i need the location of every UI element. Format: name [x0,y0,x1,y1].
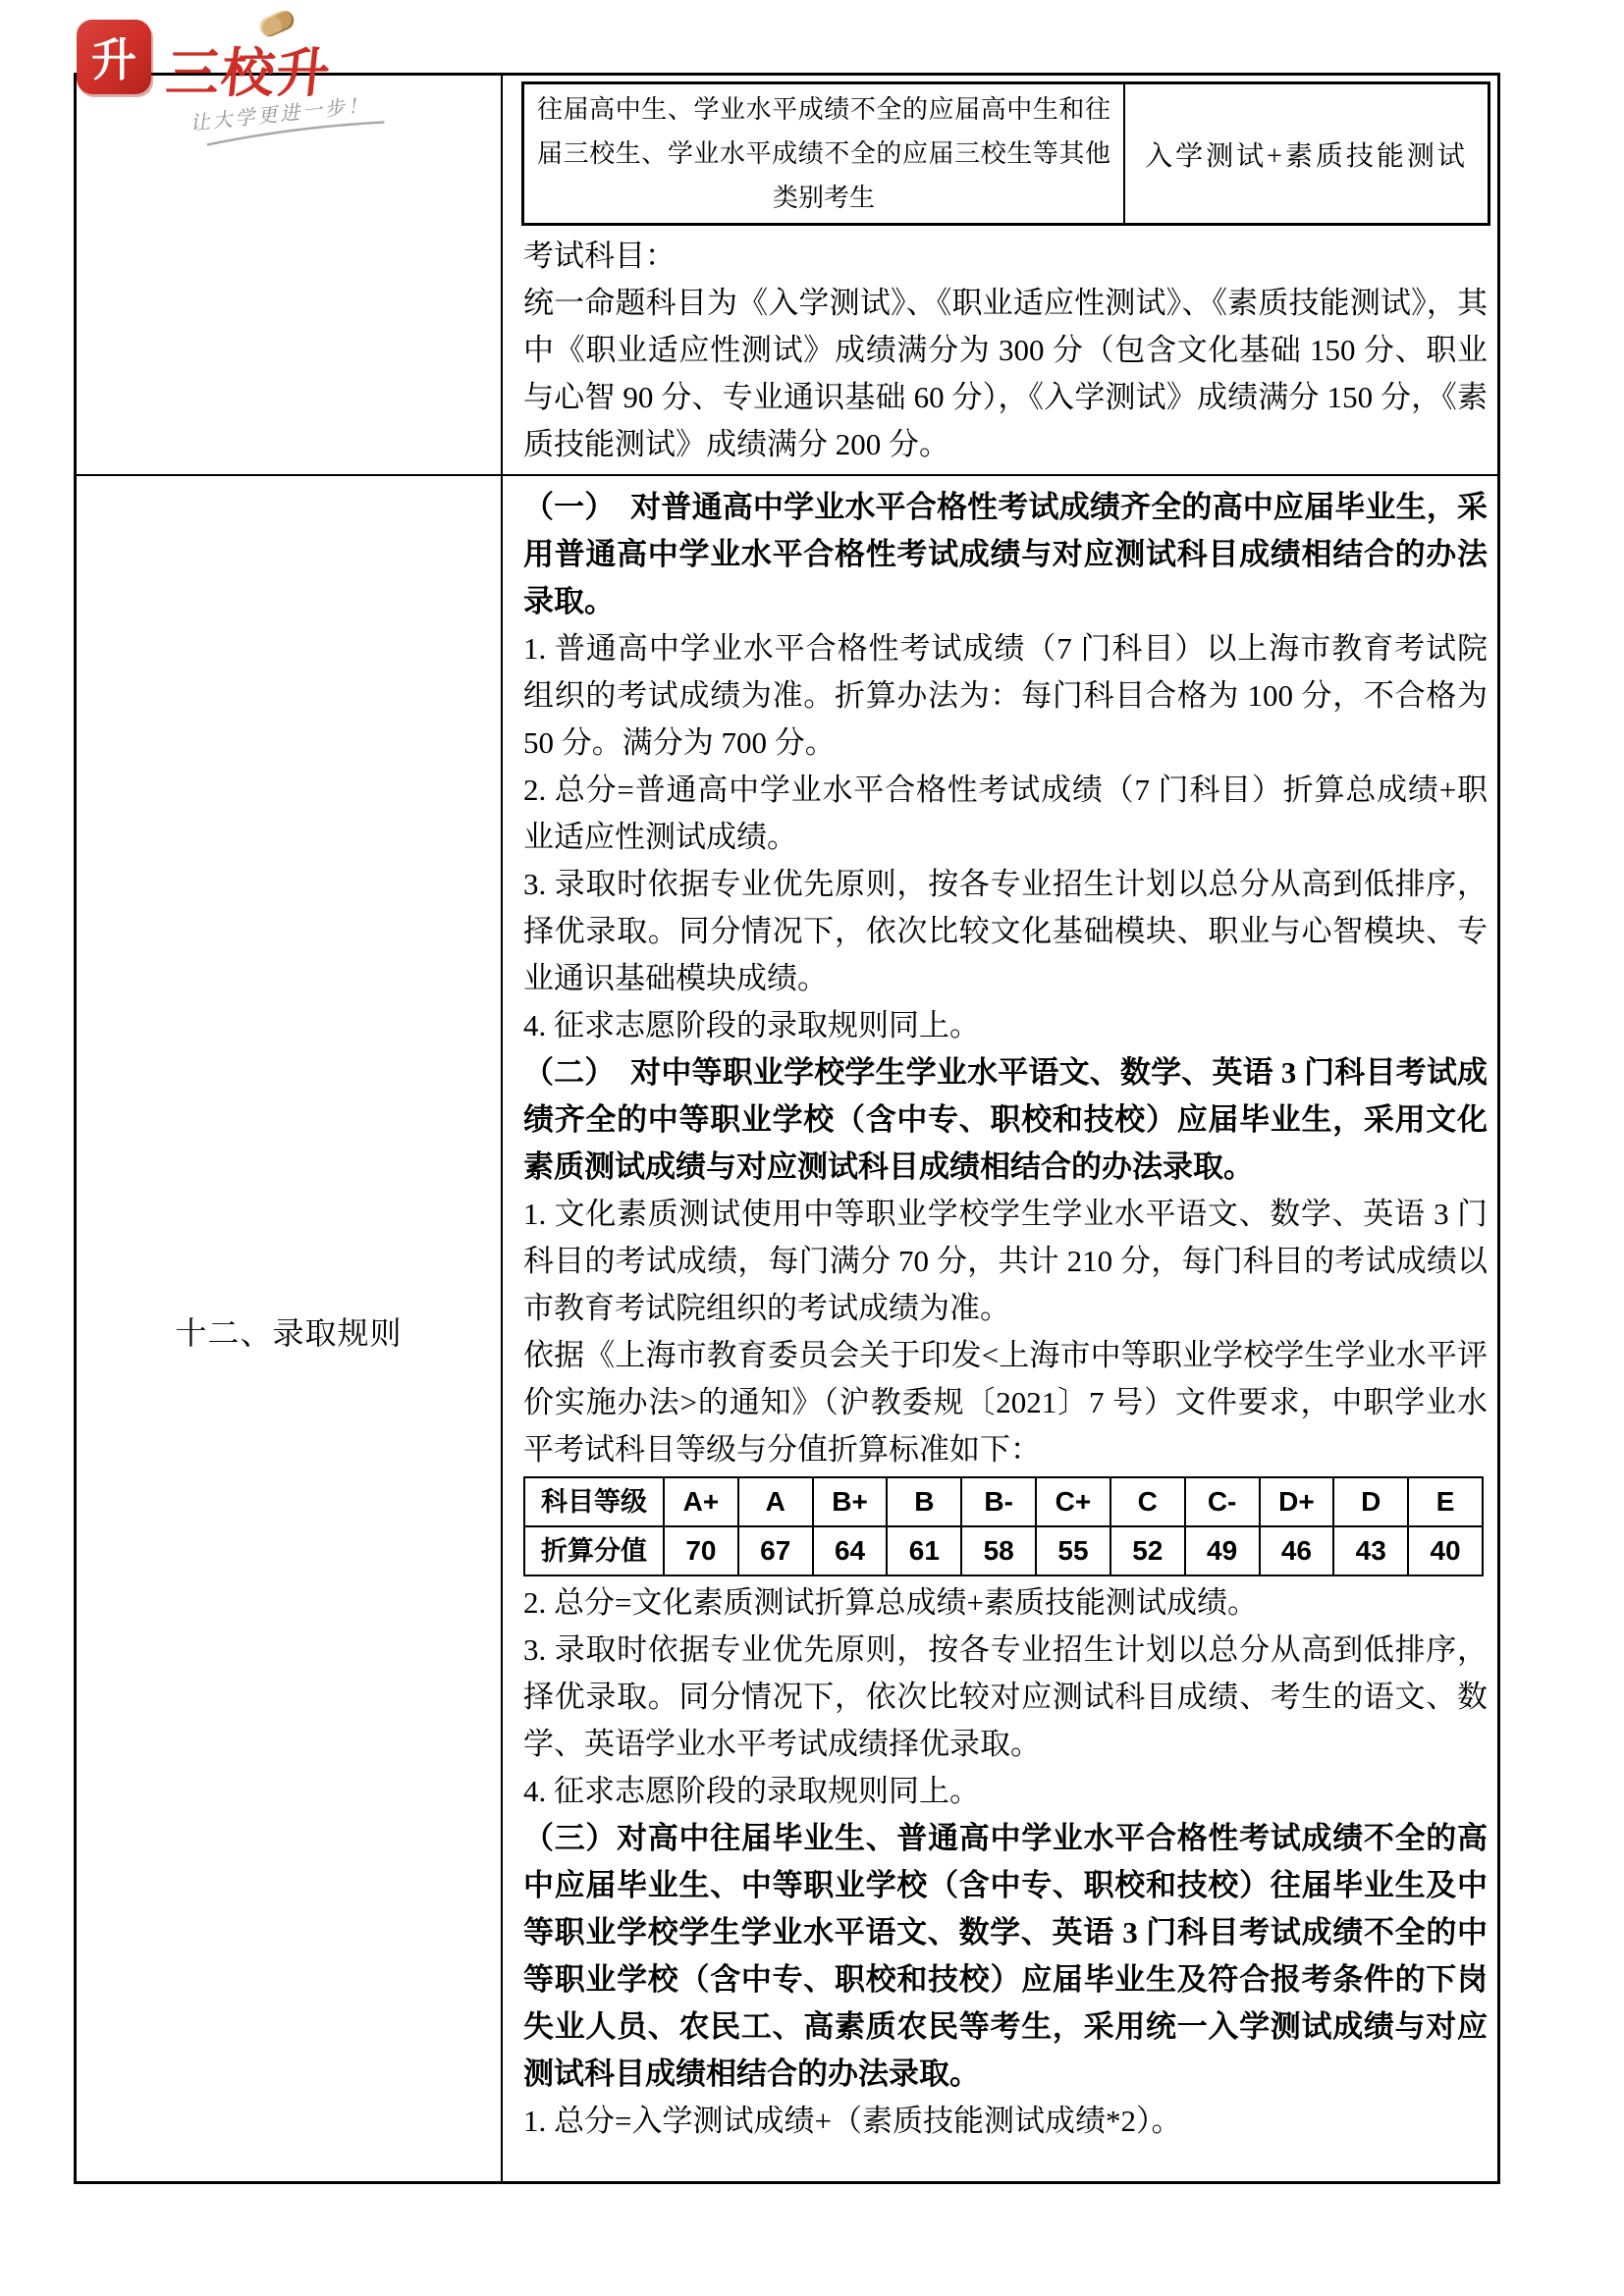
rules-paragraph: 3. 录取时依据专业优先原则，按各专业招生计划以总分从高到低排序，择优录取。同分… [523,1627,1488,1768]
logo-mark-char: 升 [91,25,136,89]
rules-paragraph: （三）对高中往届毕业生、普通高中学业水平合格性考试成绩不全的高中应届毕业生、中等… [523,1815,1488,2098]
table-column-divider [501,76,503,2181]
grade-cell: B+ [813,1477,888,1526]
grade-cell: 67 [738,1526,813,1575]
grade-cell: 52 [1110,1526,1185,1575]
rules-paragraph: （一） 对普通高中学业水平合格性考试成绩齐全的高中应届毕业生，采用普通高中学业水… [523,484,1488,625]
grade-cell: B- [961,1477,1036,1526]
test-method-cell: 入学测试+素质技能测试 [1125,84,1488,223]
grade-cell: A+ [664,1477,738,1526]
grade-row-label: 折算分值 [524,1526,664,1575]
rules-content: （一） 对普通高中学业水平合格性考试成绩齐全的高中应届毕业生，采用普通高中学业水… [523,484,1488,2145]
grade-cell: 43 [1333,1526,1408,1575]
rules-paragraph: 2. 总分=普通高中学业水平合格性考试成绩（7 门科目）折算总成绩+职业适应性测… [523,767,1488,861]
grade-cell: E [1408,1477,1483,1526]
grade-level-row: 科目等级A+AB+BB-C+CC-D+DE [524,1477,1483,1526]
rules-paragraph: 3. 录取时依据专业优先原则，按各专业招生计划以总分从高到低排序，择优录取。同分… [523,861,1488,1002]
grade-cell: A [738,1477,813,1526]
document-page: 往届高中生、学业水平成绩不全的应届高中生和往届三校生、学业水平成绩不全的应届三校… [0,0,1624,2296]
main-table: 往届高中生、学业水平成绩不全的应届高中生和往届三校生、学业水平成绩不全的应届三校… [74,73,1500,2184]
rules-paragraph: 1. 总分=入学测试成绩+（素质技能测试成绩*2）。 [523,2098,1488,2145]
grade-cell: C+ [1036,1477,1110,1526]
grade-cell: 55 [1036,1526,1110,1575]
grade-cell: 49 [1185,1526,1260,1575]
candidate-category-text: 往届高中生、学业水平成绩不全的应届高中生和往届三校生、学业水平成绩不全的应届三校… [537,87,1110,220]
grade-cell: 58 [961,1526,1036,1575]
exam-subjects-body: 统一命题科目为《入学测试》、《职业适应性测试》、《素质技能测试》，其中《职业适应… [523,280,1488,468]
rules-paragraph: 1. 普通高中学业水平合格性考试成绩（7 门科目）以上海市教育考试院组织的考试成… [523,625,1488,767]
row-label-text: 十二、录取规则 [175,1308,402,1354]
test-method-text: 入学测试+素质技能测试 [1145,134,1468,174]
grade-value-row: 折算分值7067646158555249464340 [524,1526,1483,1575]
candidate-category-table: 往届高中生、学业水平成绩不全的应届高中生和往届三校生、学业水平成绩不全的应届三校… [521,81,1490,226]
logo-mark: 升 [77,20,151,94]
rules-paragraph: 2. 总分=文化素质测试折算总成绩+素质技能测试成绩。 [523,1579,1488,1627]
grade-cell: 61 [887,1526,961,1575]
grade-cell: 46 [1260,1526,1334,1575]
grade-cell: 40 [1408,1526,1483,1575]
row-label-cell: 十二、录取规则 [77,476,501,2185]
grade-cell: D+ [1260,1477,1334,1526]
rules-paragraph: 1. 文化素质测试使用中等职业学校学生学业水平语文、数学、英语 3 门科目的考试… [523,1191,1488,1332]
exam-subjects-title: 考试科目： [523,233,1488,280]
exam-subjects-block: 考试科目： 统一命题科目为《入学测试》、《职业适应性测试》、《素质技能测试》，其… [523,233,1488,468]
grade-row-label: 科目等级 [524,1477,664,1526]
grade-cell: C- [1185,1477,1260,1526]
brand-logo: 升 三校升 让大学更进一步！ [77,16,489,143]
rules-paragraph: 4. 征求志愿阶段的录取规则同上。 [523,1768,1488,1815]
rules-paragraph: 4. 征求志愿阶段的录取规则同上。 [523,1002,1488,1049]
grade-cell: C [1110,1477,1185,1526]
candidate-category-cell: 往届高中生、学业水平成绩不全的应届高中生和往届三校生、学业水平成绩不全的应届三校… [524,84,1125,223]
grade-cell: 70 [664,1526,738,1575]
rules-paragraph: （二） 对中等职业学校学生学业水平语文、数学、英语 3 门科目考试成绩齐全的中等… [523,1049,1488,1191]
grade-cell: B [887,1477,961,1526]
rules-paragraph: 依据《上海市教育委员会关于印发<上海市中等职业学校学生学业水平评价实施办法>的通… [523,1332,1488,1473]
grade-cell: D [1333,1477,1408,1526]
grade-conversion-table: 科目等级A+AB+BB-C+CC-D+DE折算分值706764615855524… [523,1476,1484,1576]
grade-cell: 64 [813,1526,888,1575]
